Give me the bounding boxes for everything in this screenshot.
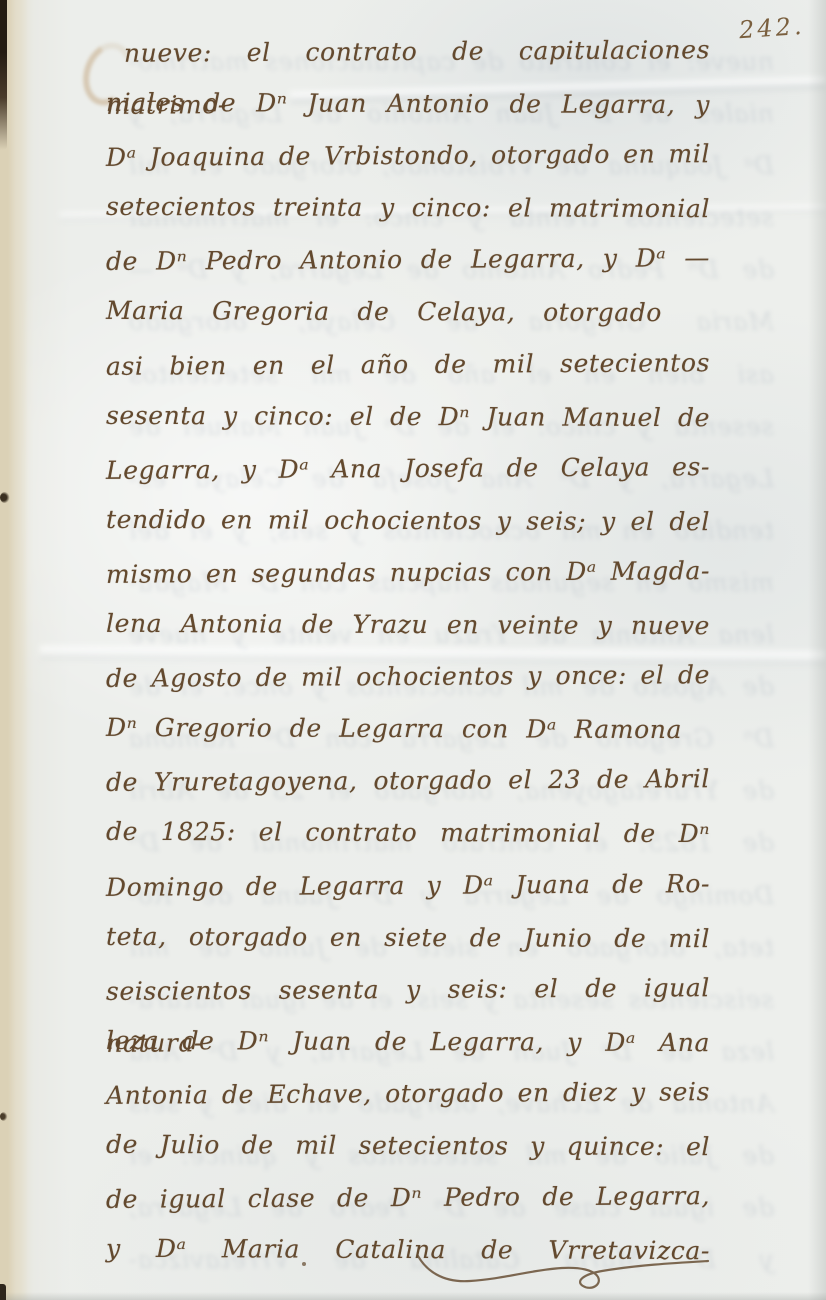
manuscript-line: setecientos treinta y cinco: el matrimon… <box>106 181 710 235</box>
manuscript-line: de 1825: el contrato matrimonial de Dⁿ <box>106 806 710 860</box>
manuscript-line: de Agosto de mil ochocientos y once: el … <box>106 649 710 705</box>
manuscript-line: de igual clase de Dⁿ Pedro de Legarra, <box>106 1170 710 1226</box>
binding-shadow-bottom <box>0 1284 6 1300</box>
manuscript-line: mismo en segundas nupcias con Dᵃ Magda- <box>106 545 710 601</box>
manuscript-line: Domingo de Legarra y Dᵃ Juana de Ro- <box>106 858 710 914</box>
binding-shadow-top <box>0 0 7 150</box>
manuscript-line: Legarra, y Dᵃ Ana Josefa de Celaya es- <box>106 441 710 497</box>
manuscript-line: de Dⁿ Pedro Antonio de Legarra, y Dᵃ — <box>106 233 710 289</box>
manuscript-line: asi bien en el año de mil setecientos <box>106 337 710 393</box>
manuscript-lines: nueve: el contrato de capitulaciones mat… <box>106 26 710 1276</box>
manuscript-line: Antonia de Echave, otorgado en diez y se… <box>106 1066 710 1122</box>
edge-mark <box>0 1112 8 1121</box>
manuscript-line: leza de Dⁿ Juan de Legarra, y Dᵃ Ana <box>106 1015 710 1069</box>
manuscript-line: seiscientos sesenta y seis: el de igual … <box>106 962 710 1018</box>
manuscript-line: sesenta y cinco: el de Dⁿ Juan Manuel de <box>106 389 710 443</box>
manuscript-line: tendido en mil ochocientos y seis; y el … <box>106 494 710 548</box>
manuscript-line: Dᵃ Joaquina de Vrbistondo, otorgado en m… <box>106 128 710 184</box>
manuscript-line: de Yruretagoyena, otorgado el 23 de Abri… <box>106 753 710 809</box>
ink-dot <box>302 1262 306 1266</box>
scan-edge-right <box>808 0 826 1300</box>
edge-mark <box>0 492 10 503</box>
manuscript-line: de Julio de mil setecientos y quince: el <box>106 1119 710 1173</box>
page-number: 242. <box>738 12 805 44</box>
page-binding-edge <box>0 0 28 1300</box>
manuscript-line: niales de Dⁿ Juan Antonio de Legarra, y <box>106 77 710 131</box>
manuscript-page: 242. nueve: el contrato de capitulacione… <box>0 0 826 1300</box>
manuscript-line: nueve: el contrato de capitulaciones mat… <box>106 24 710 80</box>
manuscript-line: teta, otorgado en siete de Junio de mil <box>106 910 710 964</box>
manuscript-line: Maria Gregoria de Celaya, otorgado <box>106 285 662 339</box>
manuscript-line: Dⁿ Gregorio de Legarra con Dᵃ Ramona <box>106 702 682 756</box>
pen-flourish-icon <box>412 1240 712 1298</box>
manuscript-line: lena Antonia de Yrazu en veinte y nueve <box>106 598 710 652</box>
